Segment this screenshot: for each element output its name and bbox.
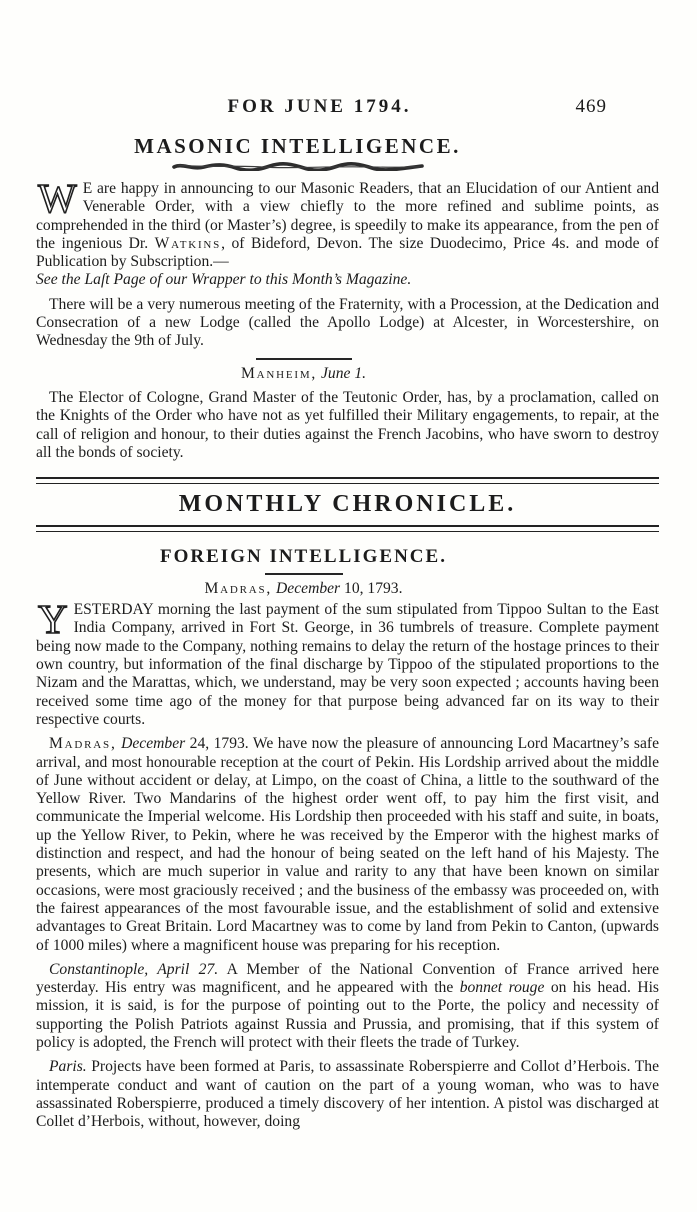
- paragraph-text: Projects have been formed at Paris, to a…: [36, 1058, 659, 1130]
- dateline-place: Manheim,: [241, 365, 317, 382]
- dateline-madras-1: Madras, December 10, 1793.: [0, 580, 615, 598]
- foreign-divider-rule: [265, 573, 343, 575]
- paragraph-elector-cologne: The Elector of Cologne, Grand Master of …: [36, 389, 659, 462]
- phrase-bonnet-rouge: bonnet rouge: [460, 979, 545, 996]
- paragraph-elucidation: WE are happy in announcing to our Masoni…: [36, 180, 659, 290]
- page-number: 469: [576, 96, 608, 118]
- running-head-title: FOR JUNE 1794.: [8, 96, 631, 118]
- dateline-date: June 1.: [317, 365, 366, 382]
- dropcap-y: Y: [36, 601, 74, 636]
- runin-rest: 24, 1793.: [185, 735, 253, 752]
- monthly-chronicle-title: MONTHLY CHRONICLE.: [36, 491, 659, 518]
- paragraph-text: We have now the pleasure of announcing L…: [36, 735, 659, 953]
- runin-place: Madras,: [49, 735, 117, 752]
- name-watkins: Watkins: [155, 235, 221, 252]
- magazine-page: FOR JUNE 1794. 469 MASONIC INTELLIGENCE.…: [0, 0, 697, 1212]
- masonic-intelligence-title: MASONIC INTELLIGENCE.: [0, 134, 609, 159]
- ornament-rule: [172, 162, 424, 171]
- dateline-manheim: Manheim, June 1.: [0, 365, 615, 383]
- double-rule-bottom: [36, 525, 659, 532]
- dropcap-w: W: [36, 180, 83, 215]
- runin-dateline: Constantinople, April 27.: [49, 961, 218, 978]
- dateline-place: Madras,: [204, 580, 272, 597]
- wrapper-note: See the Laſt Page of our Wrapper to this…: [36, 271, 659, 289]
- foreign-intelligence-section: YESTERDAY morning the last payment of th…: [36, 601, 659, 1131]
- masonic-section: WE are happy in announcing to our Masoni…: [36, 180, 659, 462]
- dateline-month: December: [272, 580, 340, 597]
- paragraph-constantinople: Constantinople, April 27. A Member of th…: [36, 961, 659, 1052]
- section-divider-rule: [256, 358, 352, 360]
- monthly-chronicle-header: MONTHLY CHRONICLE.: [36, 477, 659, 532]
- double-rule-top: [36, 477, 659, 484]
- running-head: FOR JUNE 1794. 469: [36, 96, 659, 120]
- runin-dateline: Paris.: [49, 1058, 87, 1075]
- paragraph-apollo-lodge: There will be a very numerous meeting of…: [36, 296, 659, 351]
- paragraph-macartney: Madras, December 24, 1793. We have now t…: [36, 735, 659, 955]
- paragraph-text: ESTERDAY morning the last payment of the…: [36, 601, 659, 728]
- paragraph-paris: Paris. Projects have been formed at Pari…: [36, 1058, 659, 1131]
- dateline-rest: 10, 1793.: [340, 580, 402, 597]
- runin-month: December: [117, 735, 186, 752]
- foreign-intelligence-title: FOREIGN INTELLIGENCE.: [0, 546, 615, 568]
- paragraph-tippoo: YESTERDAY morning the last payment of th…: [36, 601, 659, 729]
